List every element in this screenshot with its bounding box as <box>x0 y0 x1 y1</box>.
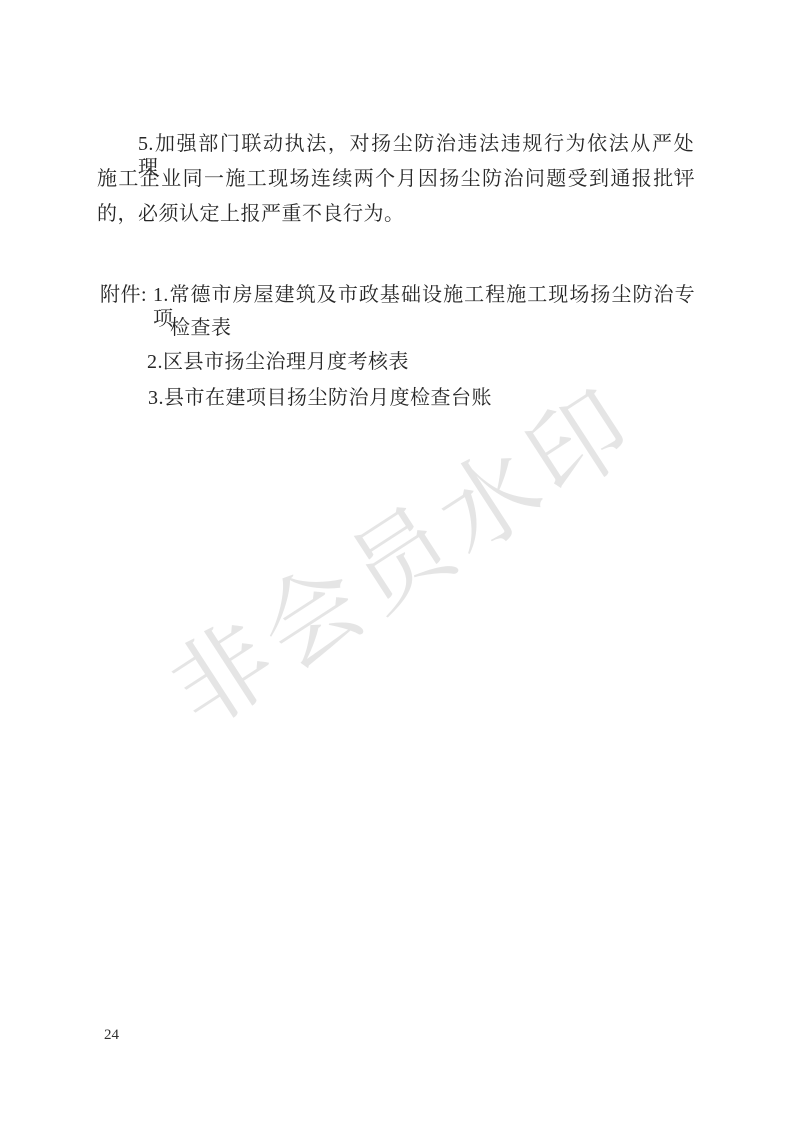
attachment-item-1-line-2: 检查表 <box>170 316 232 340</box>
attachment-item-3: 3.县市在建项目扬尘防治月度检查台账 <box>148 386 492 410</box>
page-number: 24 <box>104 1026 119 1044</box>
attachment-item-1-line-1: 1.常德市房屋建筑及市政基础设施工程施工现场扬尘防治专项 <box>153 283 695 331</box>
paragraph-line-3: 的，必须认定上报严重不良行为。 <box>97 202 405 226</box>
document-page: 非会员水印 5.加强部门联动执法，对扬尘防治违法违规行为依法从严处理。 施工企业… <box>0 0 793 1122</box>
attachments-label: 附件: <box>100 283 147 307</box>
paragraph-line-2: 施工企业同一施工现场连续两个月因扬尘防治问题受到通报批评 <box>97 167 695 191</box>
attachment-item-2: 2.区县市扬尘治理月度考核表 <box>147 350 409 374</box>
